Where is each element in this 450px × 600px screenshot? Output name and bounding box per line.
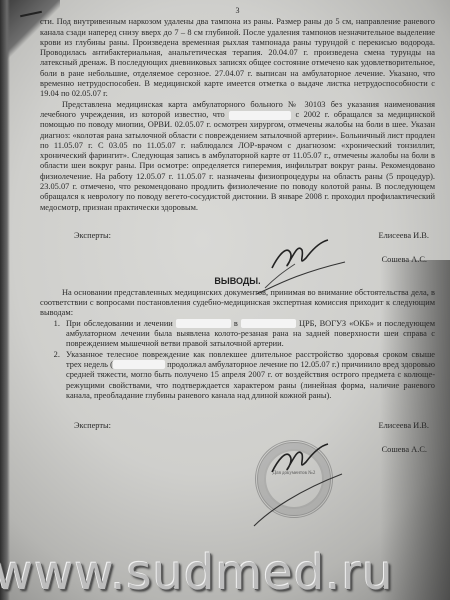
- signature-icon: [250, 470, 350, 530]
- conclusions-heading: ВЫВОДЫ.: [40, 276, 435, 286]
- conclusions-list: При обследовании и лечении в ЦРБ, ВОГУЗ …: [40, 319, 435, 401]
- conclusion-text: в: [234, 319, 238, 328]
- conclusion-text: При обследовании и лечении: [66, 319, 173, 328]
- experts-block: Эксперты: Елисеева И.В.: [40, 231, 435, 241]
- signature-icon: [255, 258, 355, 298]
- experts-label: Эксперты:: [74, 421, 111, 431]
- experts-block-final-second: Сошева А.С.: [40, 445, 435, 455]
- redacted-name: [229, 111, 291, 120]
- experts-label: Эксперты:: [74, 231, 111, 241]
- redacted-location: [241, 319, 296, 328]
- experts-block-second: Сошева А.С.: [40, 255, 435, 265]
- left-edge-shadow: [0, 0, 10, 600]
- experts-block-final: Эксперты: Елисеева И.В.: [40, 421, 435, 431]
- page-number: 3: [40, 6, 435, 16]
- watermark-text: www.sudmed.ru: [0, 545, 450, 600]
- paragraph-outpatient-card: Представлена медицинская карта амбулатор…: [40, 100, 435, 213]
- document-page: 3 сти. Под внутривенным наркозом удалены…: [40, 6, 435, 456]
- paragraph-text: с 2002 г. обращался за медицинской помощ…: [40, 110, 435, 212]
- redacted-name: [176, 319, 231, 328]
- redacted-name: [113, 360, 165, 369]
- paragraph-treatment: сти. Под внутривенным наркозом удалены д…: [40, 17, 435, 99]
- conclusions-intro: На основании представленных медицинских …: [40, 288, 435, 319]
- expert-1-name: Елисеева И.В.: [378, 231, 429, 241]
